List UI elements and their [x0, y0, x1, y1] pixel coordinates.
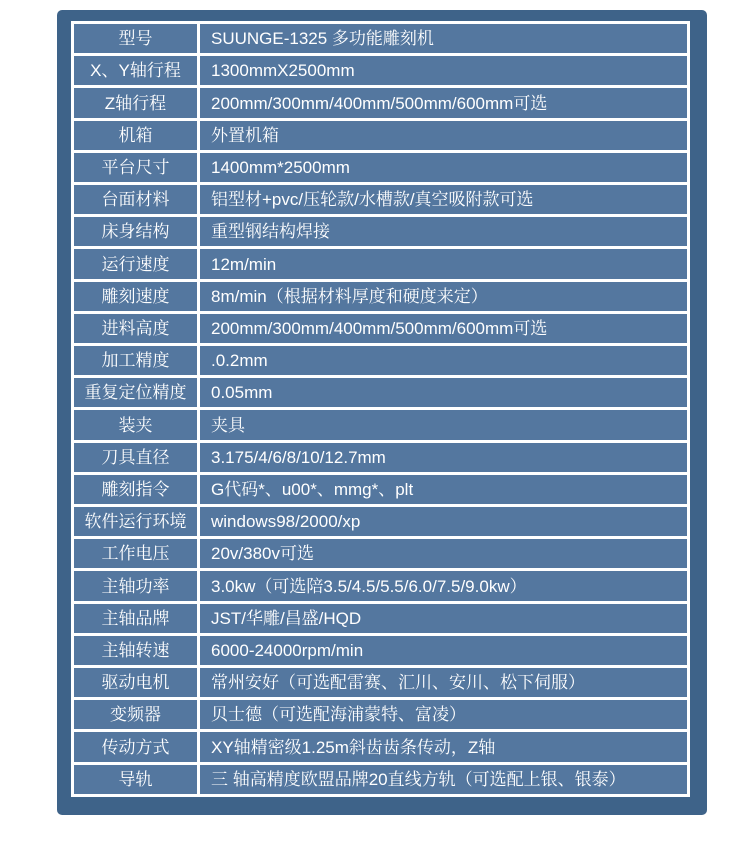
- spec-row: 机箱外置机箱: [73, 119, 689, 151]
- spec-label: 型号: [73, 23, 199, 55]
- spec-value: 1300mmX2500mm: [199, 55, 689, 87]
- spec-value: G代码*、u00*、mmg*、plt: [199, 473, 689, 505]
- spec-table: 型号SUUNGE-1325 多功能雕刻机X、Y轴行程1300mmX2500mmZ…: [71, 21, 690, 797]
- spec-label: 主轴功率: [73, 570, 199, 602]
- spec-label: 软件运行环境: [73, 506, 199, 538]
- spec-value: XY轴精密级1.25m斜齿齿条传动，Z轴: [199, 731, 689, 763]
- spec-row: 导轨三 轴高精度欧盟品牌20直线方轨（可选配上银、银泰）: [73, 763, 689, 795]
- spec-value: 3.0kw（可选陪3.5/4.5/5.5/6.0/7.5/9.0kw）: [199, 570, 689, 602]
- spec-value: 0.05mm: [199, 377, 689, 409]
- spec-row: 传动方式XY轴精密级1.25m斜齿齿条传动，Z轴: [73, 731, 689, 763]
- spec-value: 铝型材+pvc/压轮款/水槽款/真空吸附款可选: [199, 184, 689, 216]
- spec-value: 贝士德（可选配海浦蒙特、富凌）: [199, 699, 689, 731]
- spec-label: 传动方式: [73, 731, 199, 763]
- spec-value: 200mm/300mm/400mm/500mm/600mm可选: [199, 312, 689, 344]
- spec-row: 平台尺寸1400mm*2500mm: [73, 151, 689, 183]
- spec-value: 重型钢结构焊接: [199, 216, 689, 248]
- spec-value: 200mm/300mm/400mm/500mm/600mm可选: [199, 87, 689, 119]
- spec-value: 三 轴高精度欧盟品牌20直线方轨（可选配上银、银泰）: [199, 763, 689, 795]
- spec-row: 软件运行环境windows98/2000/xp: [73, 506, 689, 538]
- spec-row: 刀具直径3.175/4/6/8/10/12.7mm: [73, 441, 689, 473]
- spec-value: 1400mm*2500mm: [199, 151, 689, 183]
- spec-value: 常州安好（可选配雷赛、汇川、安川、松下伺服）: [199, 667, 689, 699]
- spec-label: 驱动电机: [73, 667, 199, 699]
- spec-label: Z轴行程: [73, 87, 199, 119]
- spec-row: 进料高度200mm/300mm/400mm/500mm/600mm可选: [73, 312, 689, 344]
- spec-label: 工作电压: [73, 538, 199, 570]
- spec-row: 装夹夹具: [73, 409, 689, 441]
- spec-label: 雕刻指令: [73, 473, 199, 505]
- spec-value: 3.175/4/6/8/10/12.7mm: [199, 441, 689, 473]
- spec-row: 变频器贝士德（可选配海浦蒙特、富凌）: [73, 699, 689, 731]
- spec-value: 20v/380v可选: [199, 538, 689, 570]
- spec-row: 床身结构重型钢结构焊接: [73, 216, 689, 248]
- spec-table-body: 型号SUUNGE-1325 多功能雕刻机X、Y轴行程1300mmX2500mmZ…: [73, 23, 689, 796]
- spec-label: 进料高度: [73, 312, 199, 344]
- page: 型号SUUNGE-1325 多功能雕刻机X、Y轴行程1300mmX2500mmZ…: [0, 0, 750, 858]
- spec-panel: 型号SUUNGE-1325 多功能雕刻机X、Y轴行程1300mmX2500mmZ…: [57, 10, 707, 815]
- spec-row: 主轴功率3.0kw（可选陪3.5/4.5/5.5/6.0/7.5/9.0kw）: [73, 570, 689, 602]
- spec-label: 装夹: [73, 409, 199, 441]
- spec-label: 重复定位精度: [73, 377, 199, 409]
- spec-label: 主轴转速: [73, 634, 199, 666]
- spec-label: 刀具直径: [73, 441, 199, 473]
- spec-label: 台面材料: [73, 184, 199, 216]
- spec-label: 加工精度: [73, 345, 199, 377]
- spec-row: 台面材料铝型材+pvc/压轮款/水槽款/真空吸附款可选: [73, 184, 689, 216]
- spec-value: .0.2mm: [199, 345, 689, 377]
- spec-label: 床身结构: [73, 216, 199, 248]
- spec-label: 雕刻速度: [73, 280, 199, 312]
- spec-label: 平台尺寸: [73, 151, 199, 183]
- spec-value: 外置机箱: [199, 119, 689, 151]
- spec-label: 机箱: [73, 119, 199, 151]
- spec-row: 工作电压20v/380v可选: [73, 538, 689, 570]
- spec-row: 雕刻速度8m/min（根据材料厚度和硬度来定）: [73, 280, 689, 312]
- spec-row: 重复定位精度0.05mm: [73, 377, 689, 409]
- spec-label: 导轨: [73, 763, 199, 795]
- spec-value: windows98/2000/xp: [199, 506, 689, 538]
- spec-row: X、Y轴行程1300mmX2500mm: [73, 55, 689, 87]
- spec-value: 8m/min（根据材料厚度和硬度来定）: [199, 280, 689, 312]
- spec-row: 加工精度.0.2mm: [73, 345, 689, 377]
- spec-value: 12m/min: [199, 248, 689, 280]
- spec-row: 型号SUUNGE-1325 多功能雕刻机: [73, 23, 689, 55]
- spec-label: X、Y轴行程: [73, 55, 199, 87]
- spec-row: 主轴转速6000-24000rpm/min: [73, 634, 689, 666]
- spec-value: 夹具: [199, 409, 689, 441]
- spec-value: 6000-24000rpm/min: [199, 634, 689, 666]
- spec-label: 运行速度: [73, 248, 199, 280]
- spec-label: 主轴品牌: [73, 602, 199, 634]
- spec-row: 驱动电机常州安好（可选配雷赛、汇川、安川、松下伺服）: [73, 667, 689, 699]
- spec-row: 主轴品牌JST/华雕/昌盛/HQD: [73, 602, 689, 634]
- spec-row: Z轴行程200mm/300mm/400mm/500mm/600mm可选: [73, 87, 689, 119]
- spec-row: 运行速度12m/min: [73, 248, 689, 280]
- spec-row: 雕刻指令G代码*、u00*、mmg*、plt: [73, 473, 689, 505]
- spec-value: SUUNGE-1325 多功能雕刻机: [199, 23, 689, 55]
- spec-value: JST/华雕/昌盛/HQD: [199, 602, 689, 634]
- spec-label: 变频器: [73, 699, 199, 731]
